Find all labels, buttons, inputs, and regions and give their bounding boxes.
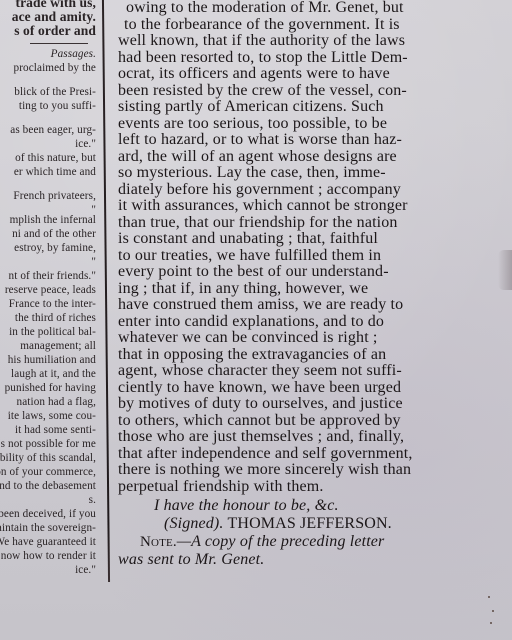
left-column-line: reserve peace, leads	[5, 284, 96, 297]
left-column-line: trade with us,	[15, 0, 96, 9]
letter-body-line: perpetual friendship with them.	[118, 477, 324, 497]
signed-label: (Signed).	[164, 515, 224, 532]
column-divider-rule	[102, 0, 110, 582]
left-column-line: ace and amity.	[12, 10, 96, 23]
signatory-name: THOMAS JEFFERSON.	[227, 515, 391, 532]
left-column-line: estroy, by famine,	[14, 242, 96, 255]
left-column-line: s of order and	[14, 24, 96, 37]
note-text: —A copy of the preceding letter	[177, 533, 385, 550]
left-column-line: of this nature, but	[15, 152, 96, 165]
left-column-line: nt of their friends."	[9, 270, 96, 283]
left-column-line: nation had a flag,	[17, 396, 96, 409]
left-column-line: management; all	[20, 340, 96, 353]
newspaper-page: trade with us,ace and amity.s of order a…	[0, 0, 512, 640]
left-column-line: proclaimed by the	[14, 62, 96, 75]
ink-speck	[490, 622, 492, 624]
left-column-line: ibility of this scandal,	[0, 452, 96, 465]
left-column-line: French privateers,	[13, 190, 96, 203]
left-column-line: ite laws, some cou-	[8, 410, 96, 423]
left-column-line: the third of riches	[15, 312, 96, 325]
ink-speck	[488, 596, 490, 598]
left-column-line: ice."	[75, 138, 96, 151]
main-column-letter: I have the honour to be, &c. (Signed). T…	[118, 0, 428, 600]
left-column-line: "	[91, 256, 96, 269]
left-column-line: We have guaranteed it	[0, 536, 96, 549]
closing-line: I have the honour to be, &c.	[154, 496, 339, 516]
paper-fold-shadow	[498, 250, 512, 290]
left-column-line: his humiliation and	[8, 354, 96, 367]
left-column: trade with us,ace and amity.s of order a…	[0, 0, 96, 585]
left-column-line: ni and of the other	[12, 228, 96, 241]
left-column-line: been deceived, if you	[0, 508, 96, 521]
ink-speck	[492, 610, 494, 612]
left-column-line: laugh at it, and the	[11, 368, 96, 381]
left-column-line: punished for having	[5, 382, 96, 395]
note-line: Note.—A copy of the preceding letter	[140, 532, 384, 552]
left-column-line: aintain the sovereign-	[0, 522, 96, 535]
section-rule	[30, 43, 88, 44]
left-column-line: er which time and	[14, 166, 96, 179]
left-column-line: it had some senti-	[15, 424, 96, 437]
left-column-line: blick of the Presi-	[14, 86, 96, 99]
left-column-line: France to the inter-	[9, 298, 96, 311]
note-line-continued: was sent to Mr. Genet.	[118, 550, 264, 570]
signature-line: (Signed). THOMAS JEFFERSON.	[164, 514, 392, 534]
left-column-line: ion of your commerce,	[0, 466, 96, 479]
left-column-line: mplish the infernal	[10, 214, 96, 227]
left-column-line: s not possible for me	[1, 438, 96, 451]
left-column-line: ice."	[75, 564, 96, 577]
left-column-line: ting to you suffi-	[19, 100, 96, 113]
left-column-line: end to the debasement	[0, 480, 96, 493]
left-column-line: Passages.	[51, 48, 96, 61]
note-label: Note.	[140, 534, 177, 550]
left-column-line: s.	[89, 494, 96, 507]
left-column-line: as been eager, urg-	[10, 124, 96, 137]
left-column-line: in the political bal-	[9, 326, 96, 339]
left-column-line: now how to render it	[1, 550, 96, 563]
